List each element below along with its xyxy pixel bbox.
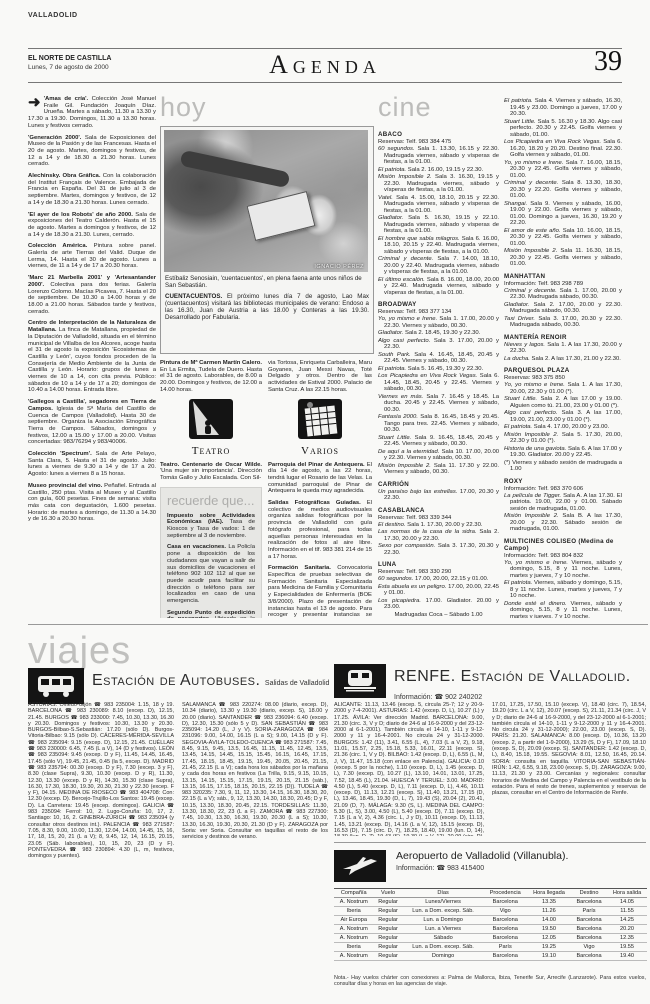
hoy-subcol-left: Pintura de Mª Carmen Martín Calero. En L… [160,360,262,618]
film-listing: Gladiator. Sala 2. 17.00, 20.00 y 22.30.… [504,302,622,315]
cinema-name: LUNA [378,561,499,568]
airport-flight-cell: Vigo [484,907,527,916]
film-listing: Gladiator. Sala 2. 18.45, 19.30 y 22.30. [378,330,499,337]
recuerde-item: Segundo Punto de expedición de pasaporte… [167,610,255,618]
airport-heading: Aeropuerto de Valladolid (Villanubla). [396,850,568,862]
film-listing: Gladiator. Sala 5. 16.30, 19.15 y 22.10.… [378,215,499,235]
cinema-name: MANHATTAN [504,273,622,280]
photo-credit: IGNACIO PÉREZ [314,264,364,270]
airport-flight-cell: Barcelona [571,952,607,961]
recuerde-item-lead: Impuesto sobre Actividades Económicas (I… [167,513,255,526]
film-title: El destino. [378,522,406,528]
film-title: Taxi Driver. [504,316,535,322]
film-listing: El patriota. Sala 5. 16.45, 19.30 y 22.3… [378,366,499,373]
airport-flight-cell: 19.50 [527,925,571,934]
film-listing: Los picapiedra. 17.00. Gladiator. 20.00 … [378,598,499,611]
exhibition-item: ➜'Amas de cría'. Colección José Manuel F… [28,96,156,130]
film-title: El patriota. [504,98,533,104]
cuentacuentos-paragraph: CUENTACUENTOS. El próximo lunes día 7 de… [165,293,369,321]
film-listing: Vatel. Sala 4. 15.00, 18.10, 20.15 y 22.… [378,195,499,215]
film-listing: Yo, yo mismo e Irene. Sala 1. A las 17.3… [504,382,622,395]
viajes-title: viajes [28,630,131,673]
cine-column-2: El patriota. Sala 4. Viernes y sábado, 1… [504,98,622,618]
film-title: Criminal y decente. [504,288,557,294]
salidas-paragraph: Salidas Fotográficas Guiadas. El colecti… [268,500,372,560]
exhibition-item: 'Gallegos a Castilla', segadores en Tier… [28,399,156,446]
arrow-icon: ➜ [28,96,41,110]
airport-flight-cell: Lun. a Dom. excep. Sáb. [403,943,484,952]
film-listing: El último escalón. Sala 8. 16.00, 18.00,… [378,277,499,297]
recuerde-item-lead: Casa en vacaciones. [167,544,226,550]
photo-storyteller: IGNACIO PÉREZ [164,130,368,272]
train-icon [334,664,386,698]
airport-flight-cell: 12.05 [527,934,571,943]
film-listing: El patriota. Sala 4. 17.00, 20.00 y 23.0… [504,424,622,431]
film-listing: Algo casi perfecto. Sala 3. A las 17.00,… [504,410,622,423]
film-title: Las normas de la casa de la sidra. [378,529,477,535]
varios-lead: Parroquia del Pinar de Antequera. [268,462,365,468]
airport-table: CompañíaVueloDíasProcedenciaHora llegada… [334,888,647,961]
plane-icon [334,850,386,882]
airport-flight-cell: Vigo [571,943,607,952]
film-listing: Criminal y decente. Sala 1. 17.00, 20.00… [504,288,622,301]
exhibition-lead: Centro de Interpretación de la Naturalez… [28,320,156,333]
airport-flight-cell: Barcelona [484,916,527,925]
airport-col-header: Procedencia [484,889,527,898]
airport-flight-cell: Regular [373,943,402,952]
exhibition-item: 'El ayer de los Robots' de año 2000. Sal… [28,212,156,239]
pintura-paragraph: Pintura de Mª Carmen Martín Calero. En L… [160,360,262,394]
film-listing: Los Picapiedra en Viva Rock Vegas. Sala … [504,139,622,159]
film-title: La película de Tigger. [504,493,561,499]
exhibition-lead: 'Gallegos a Castilla', segadores en Tier… [28,399,156,412]
airport-flight-cell: Air Europa [334,916,373,925]
teatro-icon-block: Teatro [160,399,262,457]
airport-flight-cell: Barcelona [571,925,607,934]
exhibition-item: Museo provincial del vino. Peñafiel. Ent… [28,483,156,523]
exhibition-lead: Alechinsky. Obra Gráfica. [28,173,100,179]
autobuses-heading: Estación de Autobuses. [92,672,260,689]
film-listing: Misión Imposible 2. Sala 11. 16.30, 18.1… [504,248,622,268]
film-listing: (*) Viernes y sábado sesión de madrugada… [504,460,622,473]
cinema-phone: Reservas: Telf. 983 330 290 [378,569,499,575]
film-listing: Misión Imposible 2. Sala 3. 16.30, 19.15… [378,174,499,194]
cinema-phone: Reservas: Telf. 983 339 344 [378,515,499,521]
varios-label: Varios [268,445,372,457]
exhibition-item: Alechinsky. Obra Gráfica. Con la colabor… [28,173,156,207]
photo-arm-shape [180,150,291,189]
film-listing: Yo, yo mismo e Irene. Viernes, sábado y … [504,560,622,580]
film-listing: Stuart Little. Sala 2. A las 17.00 y 19.… [504,396,622,409]
recuerde-box: recuerde que... Impuesto sobre Actividad… [160,487,262,618]
airport-flight-cell: 11.55 [607,907,647,916]
film-title: El amor de este año. [504,228,561,234]
cinema-name: MANTERÍA RENOIR [504,334,622,341]
film-title: Criminal y decente. [504,180,558,186]
bus-icon [28,668,84,704]
airport-flight-row: IberiaRegularLun. a Dom. excep. Sáb.Parí… [334,943,647,952]
airport-flight-cell: 14.00 [527,916,571,925]
film-title: Yo, yo mismo e Irene. [504,560,568,566]
film-title: Misión Imposible 2. [378,463,431,469]
cuentacuentos-lead: CUENTACUENTOS. [165,293,222,300]
film-listing: Algo casi perfecto. Sala 3. 17.00, 20.00… [378,338,499,351]
airport-flight-cell: Lun. a Dom. excep. Sáb. [403,907,484,916]
formacion-lead: Formación Sanitaria. [268,565,331,571]
film-listing: La ducha. Sala 2. A las 17.30, 21.00 y 2… [504,356,622,363]
film-listing: Donde esté el dinero. Viernes, sábado y … [504,601,622,619]
film-title: Criminal y decente. [378,256,433,262]
film-title: El patriota. [504,424,532,430]
airport-note: Nota.- Hay vuelos chárter con conexiones… [334,975,646,987]
cinema-name: CARRIÓN [378,481,499,488]
film-listing: El patriota. Sala 2. 16.00, 19.15 y 22.3… [378,167,499,174]
airport-flight-cell: Sábado [403,934,484,943]
exhibition-lead: 'Marc 21 Marbella 2001' y 'Artesantander… [28,275,156,288]
teatro-text-1: 'Una mujer sin importancia'. Dirección T… [160,468,262,481]
cinema-name: ABACO [378,131,499,138]
airport-flight-cell: Barcelona [571,916,607,925]
film-title: Los Picapiedra en Viva Rock Vegas. [504,139,601,145]
renfe-text-col2: 17.01, 17.25, 17.50, 15.10 (excep. V), 1… [492,702,646,836]
film-title: Yo, yo mismo e Irene. [504,160,563,166]
teatro-label: Teatro [160,445,262,457]
recuerde-title: recuerde que... [167,493,255,508]
airport-flight-cell: 14.25 [607,916,647,925]
film-title: El patriota. [378,366,406,372]
airport-flight-cell: Domingo [403,952,484,961]
airport-col-header: Hora llegada [527,889,571,898]
airport-flight-cell: Barcelona [571,898,607,907]
teatro-paragraph-1: Teatro. Centenario de Oscar Wilde. 'Una … [160,462,262,482]
film-listing: El patriota. Sala 4. Viernes y sábado, 1… [504,98,622,118]
film-listing: Taxi Driver. Sala 3. 17.00, 20.30 y 22.3… [504,316,622,329]
film-title: Yo, yo mismo e Irene. [504,382,565,388]
bus-glyph [36,674,76,698]
airport-flight-cell: Barcelona [571,934,607,943]
cinema-name: PARQUESOL PLAZA [504,367,622,374]
plane-glyph [341,855,379,877]
film-title: El patriota. [504,580,532,586]
film-listing: De aquí a la eternidad. Sala 10. 17.00, … [378,449,499,462]
cine-column-1: ABACOReservas: Telf. 983 384 47560 segun… [378,126,499,618]
airport-flight-cell: Regular [373,916,402,925]
film-listing: Criminal y decente. Sala 7. 14.00, 18.10… [378,256,499,276]
teatro-paragraph-2: via Tortosa, Enriqueta Carballeira, Maru… [268,360,372,394]
renfe-heading: RENFE. Estación de Valladolid. [394,668,631,685]
section-agenda-title: Agenda [0,50,650,80]
airport-flight-cell: Regular [373,898,402,907]
airport-flight-cell: 12.35 [607,934,647,943]
film-listing: Nieves y lagos. Sala 1. A las 17.30, 20.… [504,342,622,355]
renfe-header: RENFE. Estación de Valladolid. Informaci… [394,668,646,704]
formacion-text: Convocatoria Específica de pruebas selec… [268,565,372,618]
exhibition-item: Colección América. Pintura sobre panel. … [28,243,156,270]
cinema-name: BROADWAY [378,301,499,308]
cinema-phone: Reservas: Telf. 983 384 475 [378,139,499,145]
film-listing: Misión Imposible 2. Sala 5. 17.30, 20.00… [504,432,622,445]
film-listing: Misión Imposible 2. Sala 11. 17.30 y 22.… [378,463,499,476]
film-listing: La película de Tigger. Sala A. A las 17.… [504,493,622,513]
airport-flight-cell: Barcelona [484,934,527,943]
cinema-phone: Información: Telf. 983 804 832 [504,553,622,559]
film-listing: Fantasía 2000. Sala 8. 16.45, 18.45 y 20… [378,414,499,434]
exhibition-lead: 'Generación 2000'. [28,135,81,141]
airport-flight-row: Air EuropaRegularLun. a DomingoBarcelona… [334,916,647,925]
airport-table-head: CompañíaVueloDíasProcedenciaHora llegada… [334,889,647,898]
airport-col-header: Hora salida [607,889,647,898]
autobuses-subheading: Salidas de Valladolid [265,680,329,687]
film-title: Viernes en más. [378,394,423,400]
calendar-icon [298,399,342,439]
hoy-title: hoy [160,92,207,123]
viajes-separator-rule [28,624,648,625]
film-title: Nieves y lagos. [504,342,545,348]
film-title: De aquí a la eternidad. [378,449,439,455]
film-listing: Los Picapiedra en Viva Rock Vegas. Sala … [378,373,499,393]
film-title: Esta abuela es un peligro. [378,584,446,590]
film-title: South Park. [378,352,411,358]
cinema-phone: Información: Telf. 983 298 789 [504,281,622,287]
airport-flight-cell: Barcelona [484,925,527,934]
film-title: El hombre que sabía milagros. [378,236,460,242]
film-title: La ducha. [504,356,530,362]
film-listing: Madrugadas Coca – Sábado 1.00 [378,612,499,619]
airport-separator-rule [334,842,646,843]
film-title: El último escalón. [378,277,425,283]
airport-flight-cell: Regular [373,907,402,916]
airport-flight-cell: 19.25 [527,943,571,952]
film-title: 60 segundos. [378,576,413,582]
cinema-phone: Reservas: 983 375 850 [504,375,622,381]
film-listing: 60 segundos. 17.00, 20.00, 22.15 y 01.00… [378,576,499,583]
region-label: VALLADOLID [28,12,78,19]
header-rule-bottom [28,82,622,83]
film-title: Los picapiedra. [378,598,421,604]
airport-flight-cell: Regular [373,952,402,961]
airport-flight-cell: 19.10 [527,952,571,961]
airport-table-body: A. NostrumRegularLunes/ViernesBarcelona1… [334,898,647,961]
film-title: Gladiator. [504,302,529,308]
hoy-photo-frame: IGNACIO PÉREZ Estíbaliz Senosiain, 'cuen… [160,126,374,354]
cinema-phone: Reservas: Telf. 983 377 134 [378,309,499,315]
formacion-paragraph: Formación Sanitaria. Convocatoria Especí… [268,565,372,618]
film-listing: Criminal y decente. Sala 8. 13.30, 18.30… [504,180,622,200]
pintura-lead: Pintura de Mª Carmen Martín Calero. [160,360,262,366]
recuerde-item-lead: Segundo Punto de expedición de pasaporte… [167,610,255,618]
film-listing: El hombre que sabía milagros. Sala 6. 16… [378,236,499,256]
film-listing: Yo, yo mismo e Irene. Sala 1. 17.00, 20.… [378,316,499,329]
film-title: Historia de una gaviota. [504,446,566,452]
airport-flight-cell: Barcelona [484,898,527,907]
page-number: 39 [594,46,622,78]
autobuses-header: Estación de Autobuses. Salidas de Vallad… [92,672,329,690]
film-title: Shangai. [504,201,527,207]
cine-title: cine [378,92,432,123]
airport-flight-cell: A. Nostrum [334,898,373,907]
cinema-name: MULTICINES COLISEO (Medina de Campo) [504,538,622,552]
exhibition-item: Colección 'Spectrum'. Sala de Arte Pelay… [28,451,156,478]
airport-info: Información: ☎ 983 415400 [396,864,568,872]
exhibition-item: 'Generación 2000'. Sala de Exposiciones … [28,135,156,169]
airport-flight-row: A. NostrumRegularLunes/ViernesBarcelona1… [334,898,647,907]
airport-flight-cell: 19.40 [607,952,647,961]
film-title: Gladiator. [378,330,403,336]
cinema-name: CASABLANCA [378,507,499,514]
exhibition-lead: 'El ayer de los Robots' de año 2000. [28,212,133,218]
film-listing: Viernes en más. Sala 7. 16.45 y 18.45. L… [378,394,499,414]
exhibitions-column: ➜'Amas de cría'. Colección José Manuel F… [28,96,156,620]
pintura-text: En La Ermita, Tudela de Duero. Hasta el … [160,367,262,393]
airport-col-header: Destino [571,889,607,898]
varios-icon-block: Varios [268,399,372,457]
exhibition-item: 'Marc 21 Marbella 2001' y 'Artesantander… [28,275,156,315]
film-listing: Shangai. Sala 9. Viernes y sábado, 16.00… [504,201,622,227]
film-title: El patriota. [378,167,406,173]
recuerde-item: Impuesto sobre Actividades Económicas (I… [167,513,255,540]
film-title: Un paraíso bajo las estrellas. [378,489,457,495]
film-listing: Stuart Little. Sala 5. 16.30 y 18.30. Al… [504,119,622,139]
film-listing: Historia de una gaviota. Sala 6. A las 1… [504,446,622,459]
film-listing: Yo, yo mismo e Irene. Sala 7. 16.00, 18.… [504,160,622,180]
film-listing: Un paraíso bajo las estrellas. 17.00, 20… [378,489,499,502]
airport-flight-cell: Regular [373,925,402,934]
airport-flight-row: A. NostrumRegularLun. a ViernesBarcelona… [334,925,647,934]
airport-flight-cell: Barcelona [484,952,527,961]
film-listing: Las normas de la casa de la sidra. Sala … [378,529,499,542]
cinema-name: ROXY [504,478,622,485]
film-title: Sexo por compasión. [378,543,435,549]
film-title: Yo, yo mismo e Irene. [378,316,437,322]
exhibition-lead: Museo provincial del vino. [28,483,102,489]
autobuses-text-col2: SALAMANCA ☎ 983 220274: 08.00 (diario, e… [182,702,328,998]
airport-flight-cell: París [484,943,527,952]
exhibition-lead: 'Amas de cría'. [44,96,89,102]
airport-flight-row: A. NostrumRegularDomingoBarcelona19.10Ba… [334,952,647,961]
film-title: Misión Imposible 2. [378,174,432,180]
airport-flight-row: A. NostrumRegularSábadoBarcelona12.05Bar… [334,934,647,943]
theater-spotlight-icon [189,399,233,439]
airport-flight-cell: 13.35 [527,898,571,907]
film-title: Donde esté el dinero. [504,601,567,607]
film-title: Algo casi perfecto. [504,410,557,416]
varios-paragraph: Parroquia del Pinar de Antequera. El día… [268,462,372,496]
airport-flight-cell: 11.26 [527,907,571,916]
film-listing: Esta abuela es un peligro. 17.00, 20.00,… [378,584,499,597]
photo-book-shape [246,191,315,241]
airport-flight-cell: Lun. a Domingo [403,916,484,925]
film-title: Stuart Little. [504,119,536,125]
airport-flight-cell: 19.55 [607,943,647,952]
airport-header: Aeropuerto de Valladolid (Villanubla). I… [396,850,568,872]
exhibition-lead: Colección América. [28,243,87,249]
recuerde-items: Impuesto sobre Actividades Económicas (I… [167,513,255,618]
airport-col-header: Días [403,889,484,898]
airport-col-header: Vuelo [373,889,402,898]
teatro-lead: Teatro. Centenario de Oscar Wilde. [160,462,262,468]
train-glyph [342,669,378,693]
renfe-text-col1: ALICANTE: 11.13, 13.46 (excep. 5, circul… [334,702,484,836]
header-rule-top [28,48,622,49]
film-listing: El destino. Sala 1. 17.30, 20.00 y 22.30… [378,522,499,529]
film-title: 60 segundos. [378,146,415,152]
airport-flight-cell: A. Nostrum [334,925,373,934]
autobuses-text-col1: ASTURIAS. Oviedo-Gijón ☎ 983 235004: 1.1… [28,702,174,998]
airport-flight-cell: Iberia [334,943,373,952]
film-title: Misión Imposible 2. [504,513,559,519]
airport-flight-cell: A. Nostrum [334,952,373,961]
airport-flight-cell: Iberia [334,907,373,916]
photo-caption: Estíbaliz Senosiain, 'cuentacuentos', en… [165,275,369,289]
airport-flight-cell: Lunes/Viernes [403,898,484,907]
cinema-phone: Información: Telf. 983 370 606 [504,486,622,492]
film-listing: South Park. Sala 4. 16.45, 18.45, 20.45 … [378,352,499,365]
renfe-info: Información: ☎ 902 240202 [394,694,482,701]
film-listing: El patriota. Viernes, sábado y domingo, … [504,580,622,600]
newspaper-page: VALLADOLID EL NORTE DE CASTILLA Lunes, 7… [0,0,650,1004]
film-listing: Stuart Little. Sala 9. 16.45, 18.45, 20.… [378,435,499,448]
airport-flight-cell: Regular [373,934,402,943]
airport-flight-cell: A. Nostrum [334,934,373,943]
film-title: Vatel. [378,195,393,201]
film-title: Gladiator. [378,215,403,221]
salidas-text: El colectivo de medios audiovisuales org… [268,500,372,560]
airport-flight-cell: 20.20 [607,925,647,934]
salidas-lead: Salidas Fotográficas Guiadas. [268,500,361,506]
airport-flight-cell: Lun. a Viernes [403,925,484,934]
airport-col-header: Compañía [334,889,373,898]
film-listing: Sexo por compasión. Sala 3. 17.30, 20.30… [378,543,499,556]
film-title: Stuart Little. [378,435,411,441]
film-title: Fantasía 2000. [378,414,418,420]
recuerde-item: Casa en vacaciones. La Policía pone a di… [167,544,255,604]
film-listing: Misión Imposible 2. Sala B. A las 17.30,… [504,513,622,533]
hoy-subcol-right: via Tortosa, Enriqueta Carballeira, Maru… [268,360,372,618]
film-title: Stuart Little. [504,396,537,402]
airport-flight-cell: 14.05 [607,898,647,907]
film-title: Misión Imposible 2. [504,432,558,438]
airport-flight-row: IberiaRegularLun. a Dom. excep. Sáb.Vigo… [334,907,647,916]
film-title: Los Picapiedra en Viva Rock Vegas. [378,373,477,379]
exhibition-item: Centro de Interpretación de la Naturalez… [28,320,156,394]
film-listing: 60 segundos. Sala 1. 13.30, 16.15 y 22.3… [378,146,499,166]
film-listing: El amor de este año. Sala 10. 16.00, 18.… [504,228,622,248]
exhibition-lead: Colección 'Spectrum'. [28,451,92,457]
film-title: Algo casi perfecto. [378,338,430,344]
film-title: Misión Imposible 2. [504,248,557,254]
airport-flight-cell: París [571,907,607,916]
